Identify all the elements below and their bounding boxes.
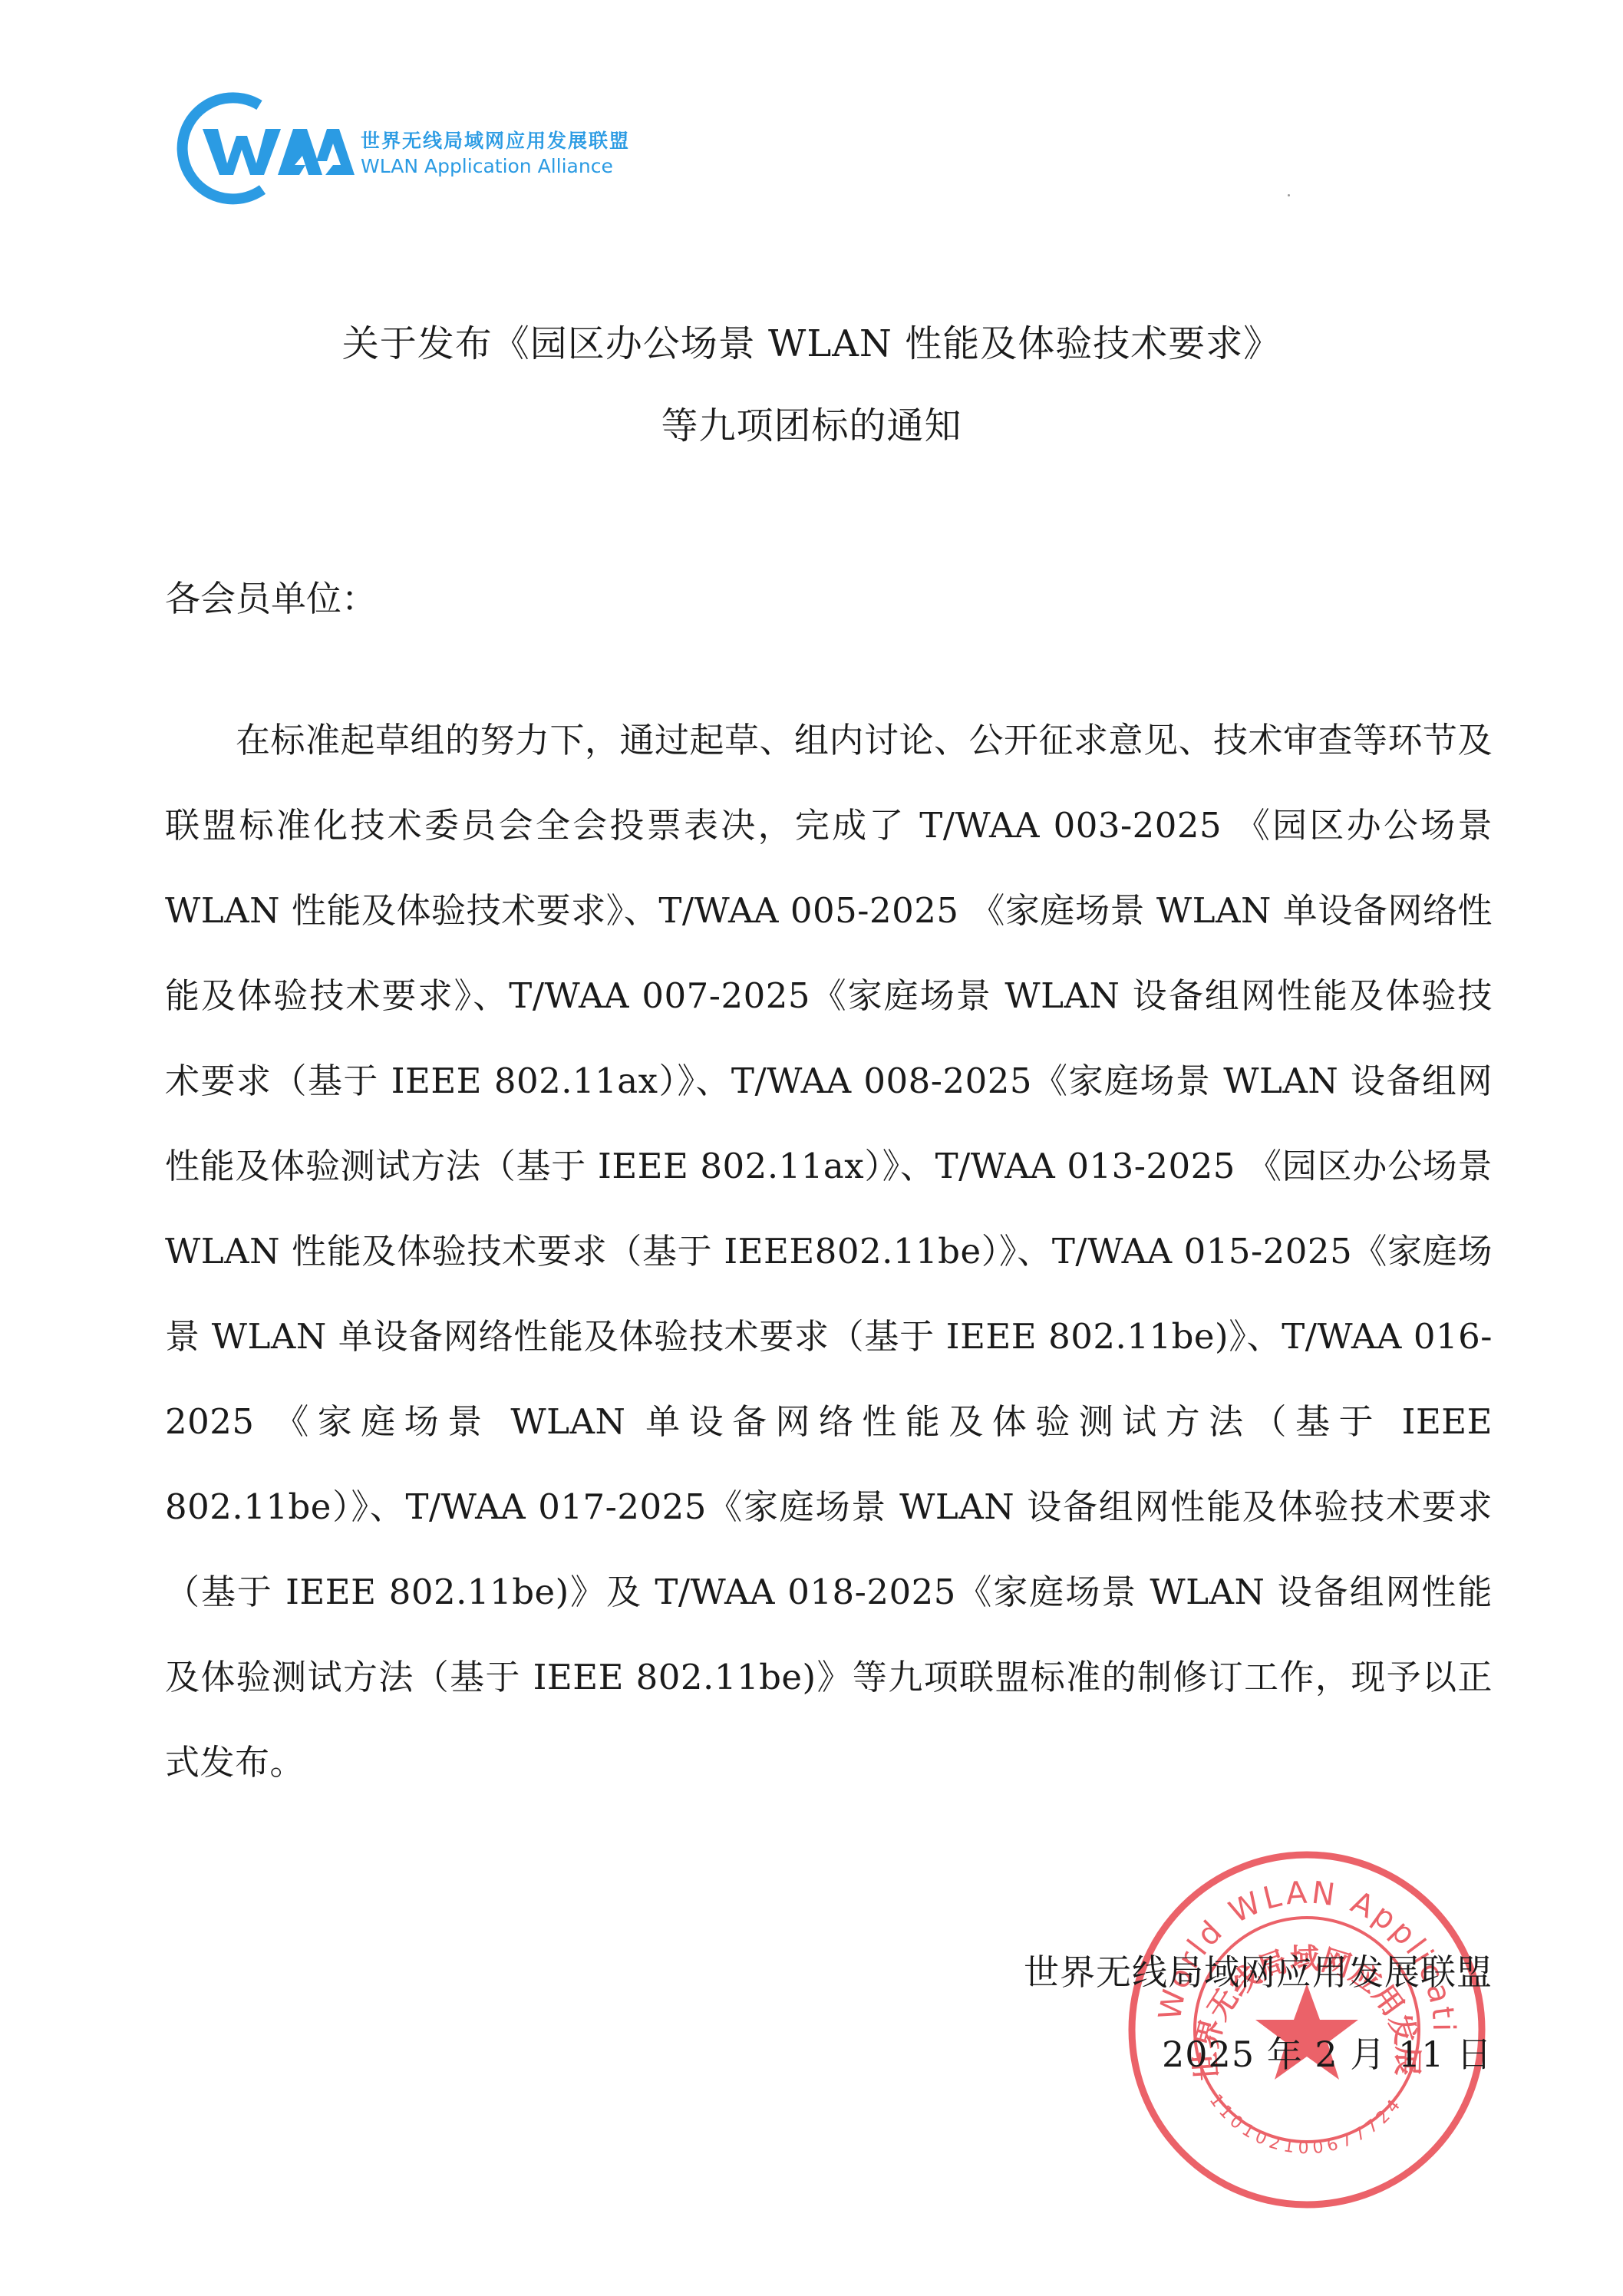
notice-title-line1: 关于发布《园区办公场景 WLAN 性能及体验技术要求》 — [0, 321, 1623, 367]
waa-logo-icon — [163, 88, 355, 211]
logo-text: 世界无线局域网应用发展联盟 WLAN Application Alliance — [361, 128, 630, 179]
header-logo: 世界无线局域网应用发展联盟 WLAN Application Alliance — [163, 88, 654, 211]
logo-name-en: WLAN Application Alliance — [361, 154, 630, 179]
logo-name-cn: 世界无线局域网应用发展联盟 — [361, 128, 630, 154]
official-seal-icon: World WLAN Application Alliance 11010210… — [1127, 1849, 1487, 2210]
notice-body: 在标准起草组的努力下，通过起草、组内讨论、公开征求意见、技术审查等环节及联盟标准… — [165, 698, 1493, 1805]
svg-text:110102100677724: 110102100677724 — [1206, 2091, 1407, 2158]
signature-date: 2025 年 2 月 11 日 — [1162, 2031, 1493, 2077]
scan-speck — [1288, 194, 1290, 196]
salutation: 各会员单位： — [165, 576, 377, 622]
signature-organization: 世界无线局域网应用发展联盟 — [1024, 1949, 1493, 1995]
notice-title-line2: 等九项团标的通知 — [0, 403, 1623, 449]
